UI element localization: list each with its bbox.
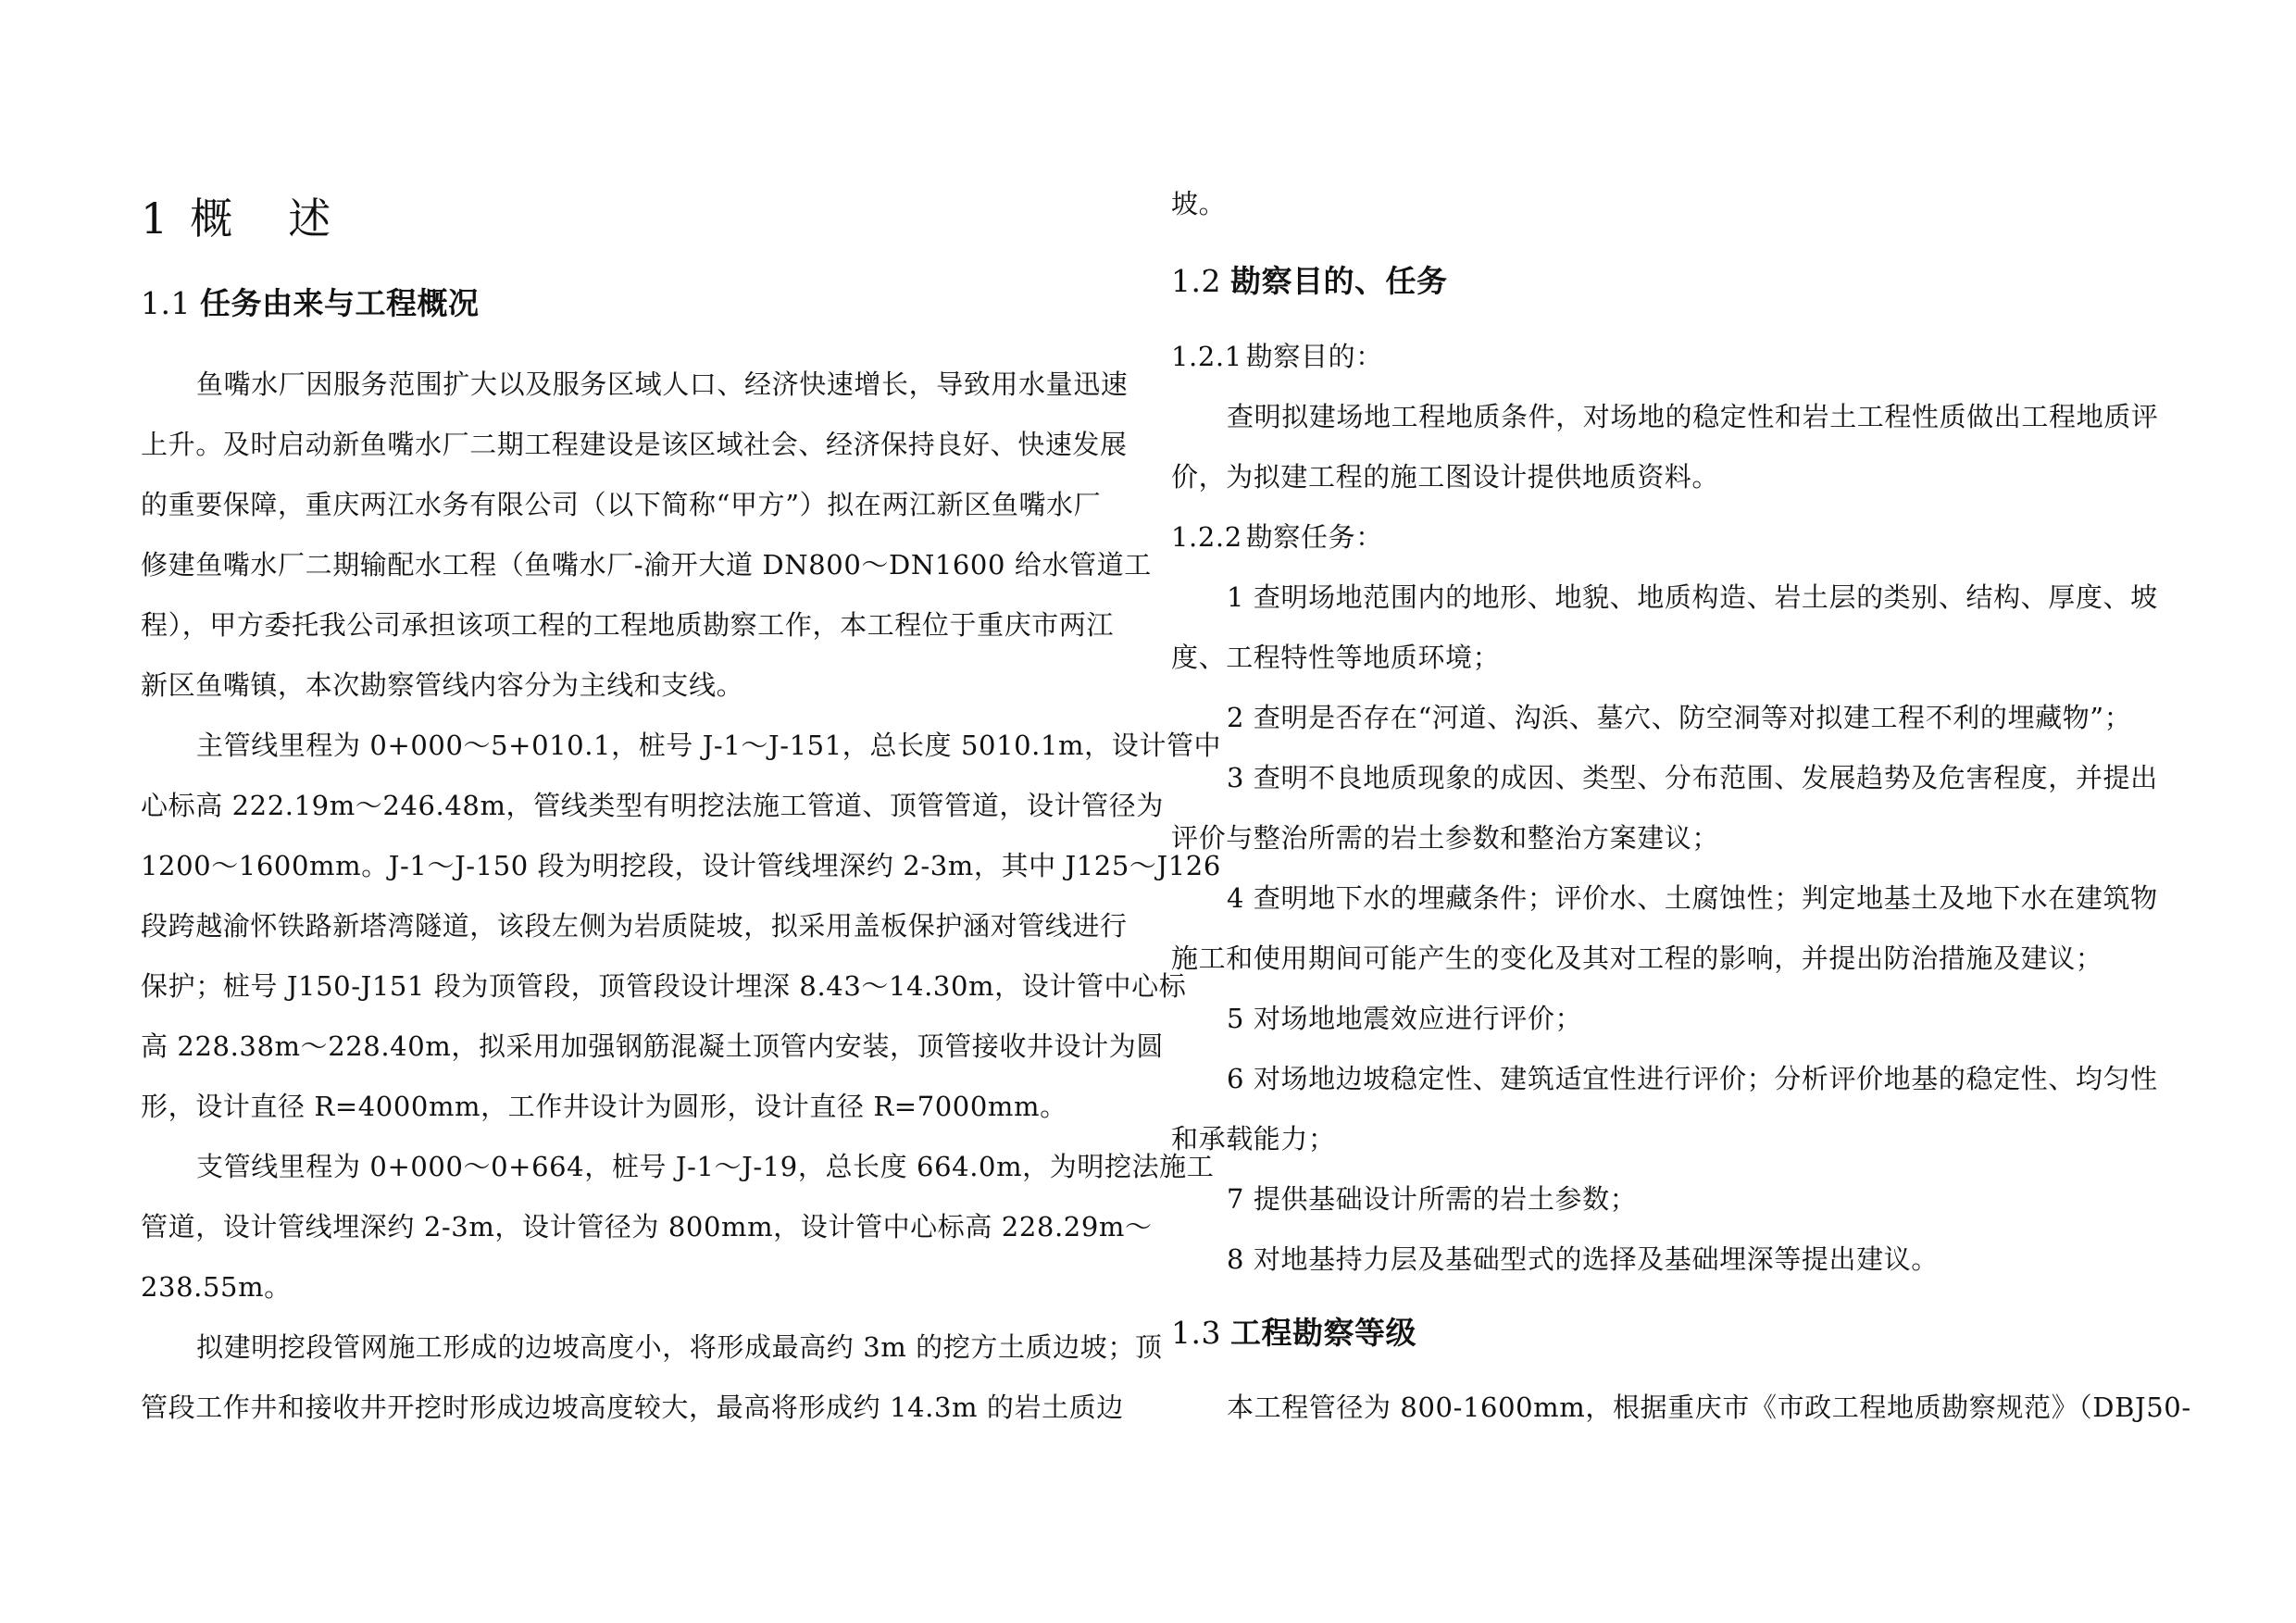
section-number: 1.3 bbox=[1171, 1315, 1221, 1351]
task-item: 5 对场地地震效应进行评价； bbox=[1227, 1000, 1582, 1037]
section-title: 工程勘察等级 bbox=[1230, 1315, 1416, 1351]
section-heading-1-1: 1.1任务由来与工程概况 bbox=[141, 283, 479, 324]
section-heading-1-2: 1.2勘察目的、任务 bbox=[1171, 261, 1447, 302]
subsection-number: 1.2.1 bbox=[1171, 341, 1242, 372]
paragraph-line: 管道，设计管线埋深约 2-3m，设计管径为 800mm，设计管中心标高 228.… bbox=[141, 1208, 1153, 1245]
task-item-cont: 施工和使用期间可能产生的变化及其对工程的影响，并提出防治措施及建议； bbox=[1171, 940, 2103, 977]
paragraph-line: 修建鱼嘴水厂二期输配水工程（鱼嘴水厂-渝开大道 DN800～DN1600 给水管… bbox=[141, 546, 1152, 583]
task-item: 8 对地基持力层及基础型式的选择及基础埋深等提出建议。 bbox=[1227, 1241, 1939, 1278]
subsection-heading-1-2-2: 1.2.2勘察任务： bbox=[1171, 518, 1383, 556]
subsection-heading-1-2-1: 1.2.1勘察目的： bbox=[1171, 338, 1383, 375]
section-title: 勘察目的、任务 bbox=[1230, 263, 1448, 299]
paragraph-line: 程），甲方委托我公司承担该项工程的工程地质勘察工作，本工程位于重庆市两江 bbox=[141, 606, 1114, 643]
task-item: 4 查明地下水的埋藏条件；评价水、土腐蚀性；判定地基土及地下水在建筑物 bbox=[1227, 880, 2158, 917]
chapter-heading: 1概述 bbox=[141, 193, 332, 244]
paragraph-line: 形，设计直径 R=4000mm，工作井设计为圆形，设计直径 R=7000mm。 bbox=[141, 1088, 1067, 1125]
paragraph-line: 高 228.38m～228.40m，拟采用加强钢筋混凝土顶管内安装，顶管接收井设… bbox=[141, 1028, 1164, 1065]
paragraph-line: 段跨越渝怀铁路新塔湾隧道，该段左侧为岩质陡坡，拟采用盖板保护涵对管线进行 bbox=[141, 907, 1128, 944]
paragraph-line: 价，为拟建工程的施工图设计提供地质资料。 bbox=[1171, 458, 1719, 495]
paragraph-line: 坡。 bbox=[1171, 185, 1226, 222]
paragraph-line: 鱼嘴水厂因服务范围扩大以及服务区域人口、经济快速增长，导致用水量迅速 bbox=[196, 366, 1128, 403]
paragraph-line: 1200～1600mm。J-1～J-150 段为明挖段，设计管线埋深约 2-3m… bbox=[141, 847, 1221, 884]
paragraph-line: 心标高 222.19m～246.48m，管线类型有明挖法施工管道、顶管管道，设计… bbox=[141, 787, 1164, 824]
task-item: 6 对场地边坡稳定性、建筑适宜性进行评价；分析评价地基的稳定性、均匀性 bbox=[1227, 1060, 2158, 1097]
task-item-cont: 评价与整治所需的岩土参数和整治方案建议； bbox=[1171, 819, 1719, 856]
paragraph-line: 本工程管径为 800-1600mm，根据重庆市《市政工程地质勘察规范》（DBJ5… bbox=[1227, 1389, 2191, 1426]
subsection-title: 勘察任务： bbox=[1246, 521, 1383, 553]
paragraph-line: 238.55m。 bbox=[141, 1268, 292, 1305]
paragraph-line: 主管线里程为 0+000～5+010.1，桩号 J-1～J-151，总长度 50… bbox=[196, 727, 1221, 764]
section-heading-1-3: 1.3工程勘察等级 bbox=[1171, 1313, 1416, 1354]
paragraph-line: 新区鱼嘴镇，本次勘察管线内容分为主线和支线。 bbox=[141, 667, 743, 704]
subsection-number: 1.2.2 bbox=[1171, 521, 1242, 553]
paragraph-line: 管段工作井和接收井开挖时形成边坡高度较大，最高将形成约 14.3m 的岩土质边 bbox=[141, 1389, 1124, 1426]
task-item-cont: 和承载能力； bbox=[1171, 1120, 1336, 1157]
task-item: 2 查明是否存在“河道、沟浜、墓穴、防空洞等对拟建工程不利的埋藏物”； bbox=[1227, 699, 2131, 736]
paragraph-line: 查明拟建场地工程地质条件，对场地的稳定性和岩土工程性质做出工程地质评 bbox=[1227, 398, 2158, 435]
chapter-title-char-2: 述 bbox=[288, 194, 332, 243]
task-item: 3 查明不良地质现象的成因、类型、分布范围、发展趋势及危害程度，并提出 bbox=[1227, 759, 2158, 796]
paragraph-line: 拟建明挖段管网施工形成的边坡高度小，将形成最高约 3m 的挖方土质边坡；顶 bbox=[196, 1329, 1163, 1366]
section-number: 1.1 bbox=[141, 285, 191, 321]
subsection-title: 勘察目的： bbox=[1246, 341, 1383, 372]
section-number: 1.2 bbox=[1171, 263, 1221, 299]
document-page: 1概述 1.1任务由来与工程概况 鱼嘴水厂因服务范围扩大以及服务区域人口、经济快… bbox=[0, 0, 2296, 1623]
task-item: 7 提供基础设计所需的岩土参数； bbox=[1227, 1180, 1637, 1217]
paragraph-line: 保护；桩号 J150-J151 段为顶管段，顶管段设计埋深 8.43～14.30… bbox=[141, 968, 1186, 1005]
paragraph-line: 支管线里程为 0+000～0+664，桩号 J-1～J-19，总长度 664.0… bbox=[196, 1148, 1214, 1185]
task-item: 1 查明场地范围内的地形、地貌、地质构造、岩土层的类别、结构、厚度、坡 bbox=[1227, 579, 2158, 616]
chapter-title-char-1: 概 bbox=[190, 194, 234, 243]
paragraph-line: 的重要保障，重庆两江水务有限公司（以下简称“甲方”）拟在两江新区鱼嘴水厂 bbox=[141, 486, 1101, 523]
chapter-number: 1 bbox=[141, 194, 169, 243]
section-title: 任务由来与工程概况 bbox=[200, 285, 480, 321]
task-item-cont: 度、工程特性等地质环境； bbox=[1171, 639, 1500, 676]
paragraph-line: 上升。及时启动新鱼嘴水厂二期工程建设是该区域社会、经济保持良好、快速发展 bbox=[141, 426, 1128, 463]
